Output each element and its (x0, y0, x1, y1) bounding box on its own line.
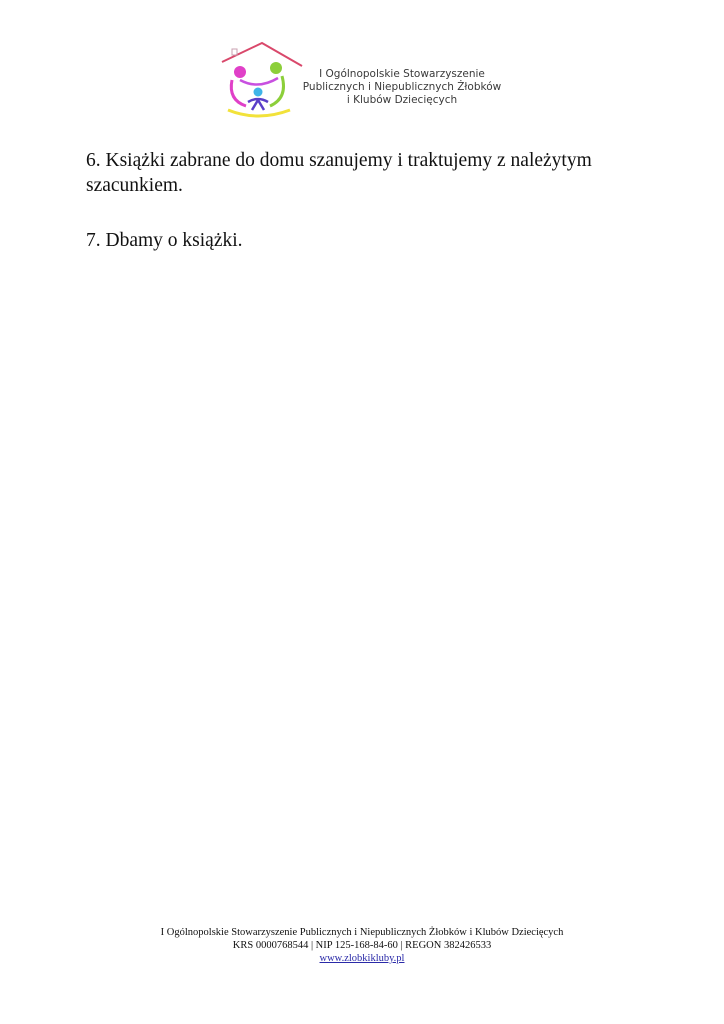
logo-line: i Klubów Dziecięcych (292, 94, 512, 107)
paragraph-7: 7. Dbamy o książki. (86, 228, 243, 253)
website-link[interactable]: www.zlobkikluby.pl (320, 953, 405, 964)
footer: I Ogólnopolskie Stowarzyszenie Publiczny… (0, 926, 724, 965)
organization-name: I Ogólnopolskie Stowarzyszenie Publiczny… (292, 68, 512, 107)
logo-line: I Ogólnopolskie Stowarzyszenie (292, 68, 512, 81)
paragraph-6: 6. Książki zabrane do domu szanujemy i t… (86, 148, 626, 198)
logo-line: Publicznych i Niepublicznych Żłobków (292, 81, 512, 94)
footer-registration: KRS 0000768544 | NIP 125-168-84-60 | REG… (0, 939, 724, 952)
organization-logo: I Ogólnopolskie Stowarzyszenie Publiczny… (218, 40, 518, 122)
footer-organization: I Ogólnopolskie Stowarzyszenie Publiczny… (0, 926, 724, 939)
